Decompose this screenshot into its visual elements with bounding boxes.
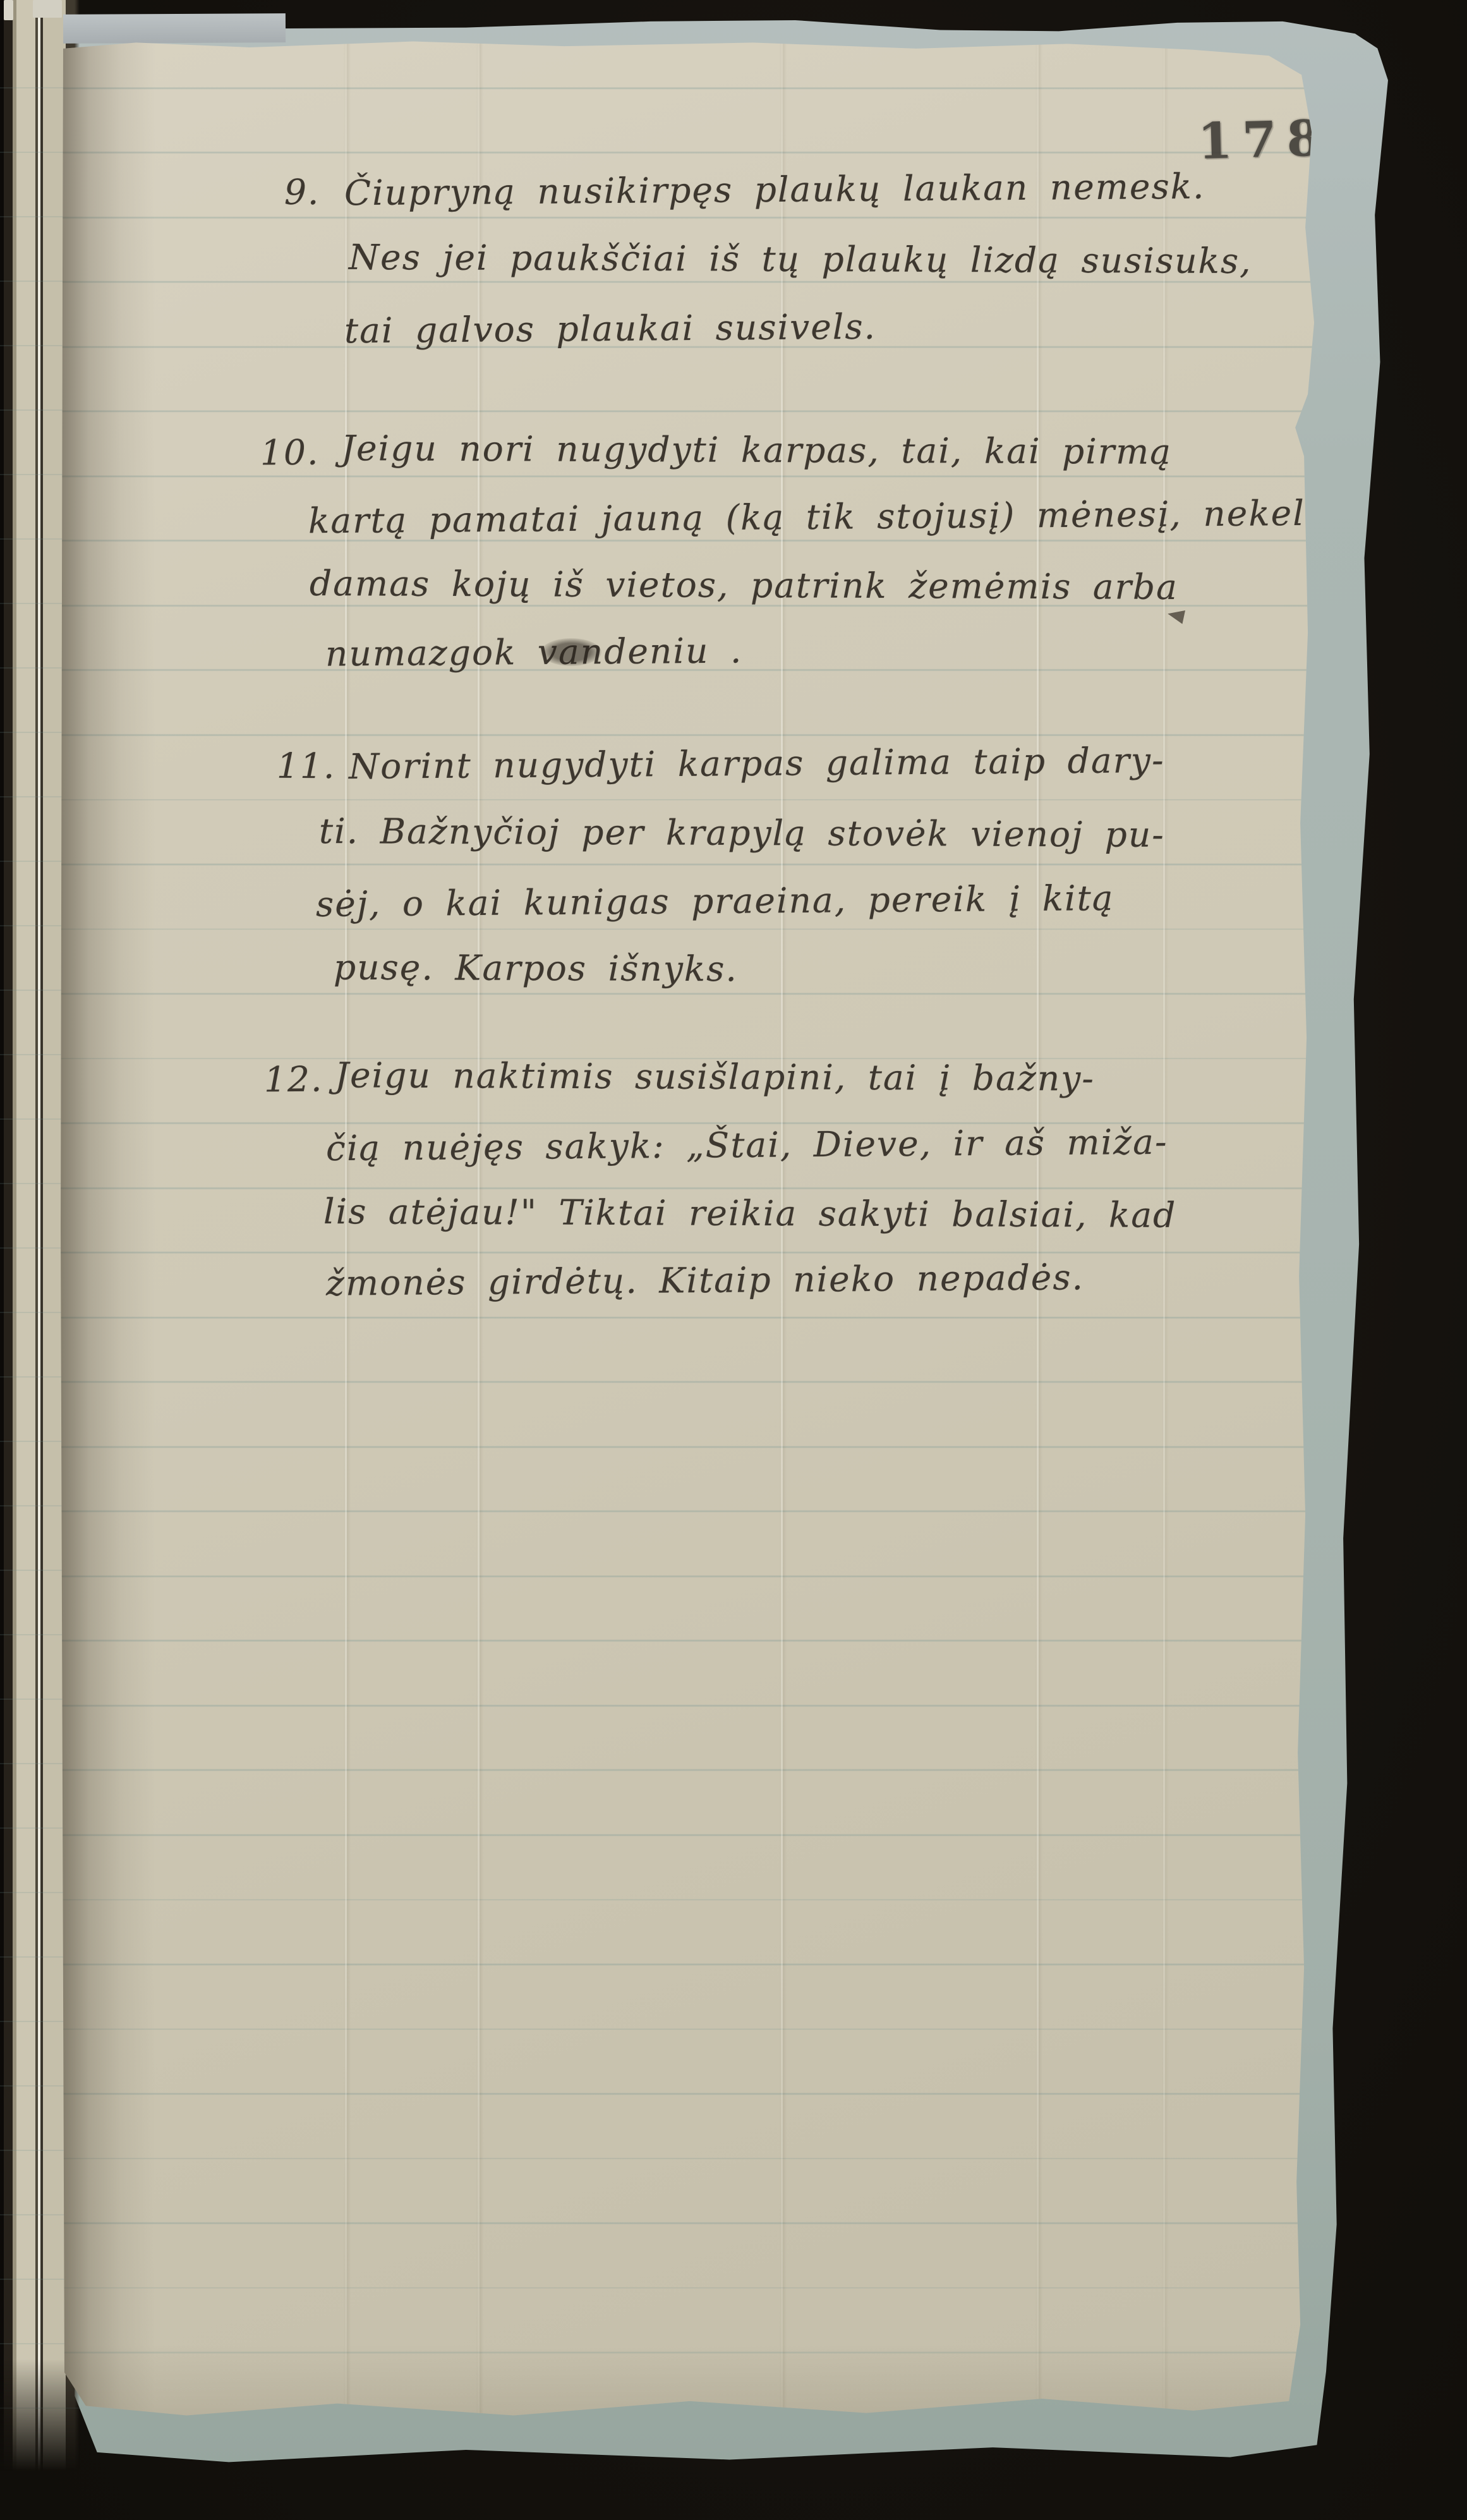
handwritten-line: Čiupryną nusikirpęs plaukų laukan nemesk… bbox=[344, 166, 1205, 214]
handwritten-line: kartą pamatai jauną (ką tik stojusį) mėn… bbox=[308, 493, 1319, 542]
handwritten-line: pusę. Karpos išnyks. bbox=[334, 947, 738, 990]
handwritten-line: lis atėjau!" Tiktai reikia sakyti balsia… bbox=[323, 1191, 1177, 1235]
handwritten-line: Norint nugydyti karpas galima taip dary- bbox=[349, 740, 1165, 787]
handwritten-line: čią nuėjęs sakyk: „Štai, Dieve, ir aš mi… bbox=[326, 1122, 1168, 1168]
handwritten-line: Jeigu naktimis susišlapini, tai į bažny- bbox=[335, 1055, 1095, 1098]
item-number: 12. bbox=[264, 1059, 323, 1100]
manuscript-page: 178 9. Čiupryną nusikirpęs plaukų laukan… bbox=[61, 37, 1319, 2420]
handwritten-line: Nes jei paukščiai iš tų plaukų lizdą sus… bbox=[349, 237, 1252, 281]
binding-tab bbox=[4, 0, 13, 20]
handwritten-line: žmonės girdėtų. Kitaip nieko nepadės. bbox=[326, 1257, 1084, 1303]
handwritten-line: tai galvos plaukai susivels. bbox=[344, 306, 877, 351]
item-number: 9. bbox=[284, 172, 320, 212]
item-number: 11. bbox=[277, 746, 336, 786]
manuscript-scan: 178 9. Čiupryną nusikirpęs plaukų laukan… bbox=[0, 0, 1467, 2520]
item-number: 10. bbox=[260, 432, 320, 473]
handwritten-line: ti. Bažnyčioj per krapylą stovėk vienoj … bbox=[319, 811, 1165, 855]
backing-sheet-top-edge bbox=[63, 13, 286, 44]
handwritten-line: sėj, o kai kunigas praeina, pereik į kit… bbox=[316, 878, 1114, 924]
handwritten-line: numazgok vandeniu . bbox=[325, 630, 743, 674]
binding-tab bbox=[33, 0, 62, 18]
margin-mark-icon bbox=[1166, 607, 1185, 624]
handwritten-line: damas kojų iš vietos, patrink žemėmis ar… bbox=[310, 563, 1178, 607]
handwritten-line: Jeigu nori nugydyti karpas, tai, kai pir… bbox=[341, 428, 1172, 472]
